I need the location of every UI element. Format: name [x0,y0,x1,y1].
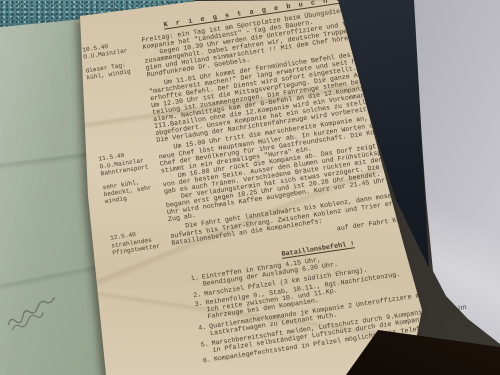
order-item-number: 6. [201,357,215,366]
diary-entries: 10.5.40O.U.Mainzlardieser Tag:kühl, wind… [82,0,457,256]
entry-margin [88,83,154,154]
typed-page-surface: K r i e g s t a g e b u c h . 10.5.40O.U… [0,0,500,375]
typed-page: K r i e g s t a g e b u c h . 10.5.40O.U… [0,0,500,375]
entry-margin: 10.5.40O.U.Mainzlardieser Tag:kühl, wind… [82,39,145,89]
photo-frame: Tüt imaf dieHofftean si K r i e g s t a … [0,0,500,375]
typed-page-content: K r i e g s t a g e b u c h . 10.5.40O.U… [80,0,476,375]
order-item-number: 2. [191,291,205,300]
